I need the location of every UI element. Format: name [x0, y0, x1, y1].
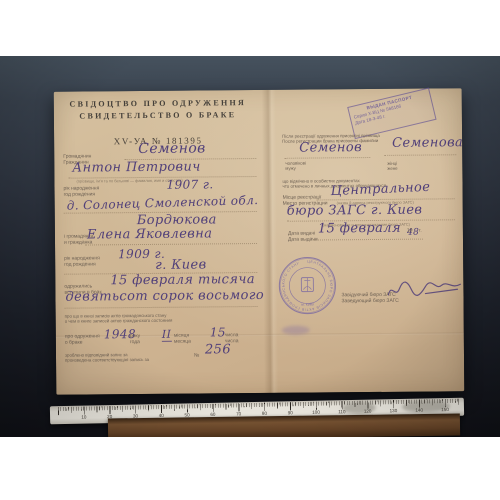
registration-place-handwritten-1: Центральное [330, 180, 430, 199]
form-line [85, 243, 257, 246]
form-line [65, 306, 258, 309]
husband-label: чоловікові мужу [285, 161, 306, 171]
issue-year-printed: 19 [407, 228, 413, 234]
passport-issued-stamp: ВЫДАН ПАСПОРТ Серия Х-ВЦ № 568166 Дата 1… [347, 87, 436, 139]
wife-label: жінці жене [387, 161, 397, 171]
form-line [384, 154, 456, 156]
husband-surname-handwritten: Семенов [299, 140, 362, 156]
seal-emblem-icon [301, 278, 313, 292]
record-number-handwritten: 256 [205, 342, 231, 357]
registration-place-handwritten-2: бюро ЗАГС г. Киев [287, 203, 423, 219]
center-fold [262, 90, 279, 393]
certificate-title-ukrainian: СВІДОЦТВО ПРО ОДРУЖЕННЯ [62, 98, 254, 109]
bottom-white-margin [0, 437, 500, 500]
ruler-number: 100 [312, 410, 320, 415]
registry-book-intro-label: про що в книзі записів актів громадянськ… [65, 312, 255, 324]
certificate-title-russian: СВИДЕТЕЛЬСТВО О БРАКЕ [62, 110, 254, 121]
record-made-label: зроблено відповідний запис за произведен… [65, 351, 225, 362]
seal-city-text: м. КИЇВ [301, 303, 314, 307]
official-signature [385, 276, 463, 303]
ruler-number: 90 [288, 410, 293, 415]
birth-year-label-groom: рік народження год рождения [64, 186, 100, 197]
marriage-date-handwritten-1: 15 февраля тысяча [110, 272, 255, 288]
number-sign: № [194, 354, 199, 360]
groom-birth-year-handwritten: 1907 г. [166, 177, 213, 191]
marriage-certificate: СВІДОЦТВО ПРО ОДРУЖЕННЯ СВИДЕТЕЛЬСТВО О … [54, 88, 465, 395]
ruler-number: 130 [390, 408, 398, 413]
marriage-word-label: про одруження о браке [65, 334, 100, 345]
photo-area: СВІДОЦТВО ПРО ОДРУЖЕННЯ СВИДЕТЕЛЬСТВО О … [0, 56, 500, 437]
record-month-handwritten: II [162, 328, 172, 342]
wooden-strip [108, 414, 460, 437]
issue-year-group: 1948 г. [407, 228, 419, 238]
ruler-number: 80 [262, 411, 267, 416]
birth-year-label-bride: рік народження год рождения [64, 256, 100, 267]
issue-date-label: Дата видачі Дата выдачи [288, 231, 318, 242]
month-label: місяця месяца [174, 334, 191, 345]
groom-name-handwritten: Антон Петрович [72, 160, 201, 176]
form-line [313, 239, 423, 241]
photo-stage: СВІДОЦТВО ПРО ОДРУЖЕННЯ СВИДЕТЕЛЬСТВО О … [0, 0, 500, 500]
top-white-margin [0, 0, 500, 56]
issue-year-suffix: г. [419, 228, 422, 234]
wife-surname-handwritten: Семенова [392, 135, 463, 151]
record-day-handwritten: 15 [210, 325, 226, 339]
groom-surname-handwritten: Семенов [138, 140, 206, 157]
bride-name-handwritten: Елена Яковлевна [87, 226, 213, 242]
issue-date-handwritten: 15 февраля [318, 221, 401, 237]
year-label: року года [130, 334, 140, 345]
zags-round-seal: ЦЕНТРАЛЬНЕ БЮРО ЗАПИСІВ АКТІВ ГРОМАДЯНСЬ… [275, 253, 340, 318]
form-line [284, 157, 370, 159]
marriage-date-handwritten-2: девятьсот сорок восьмого [65, 288, 264, 305]
bride-birth-place-handwritten: г. Киев [155, 257, 206, 272]
ruler-number: 10 [81, 415, 86, 420]
